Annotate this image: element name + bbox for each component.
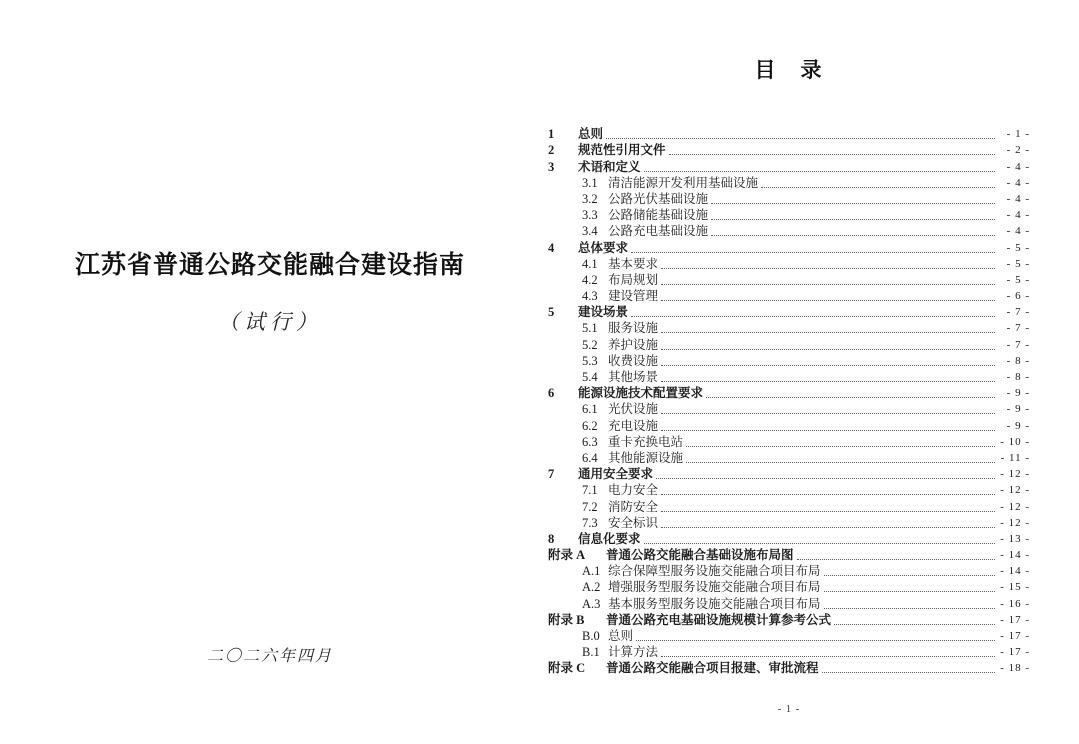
- toc-entry-page: - 16 -: [998, 597, 1030, 612]
- toc-dot-leader: [834, 624, 995, 625]
- toc-entry-page: - 1 -: [998, 127, 1030, 142]
- toc-entry[interactable]: 3.1 清洁能源开发利用基础设施 - 4 -: [548, 175, 1030, 191]
- toc-entry-num: 8: [548, 532, 578, 547]
- toc-entry[interactable]: 7.2 消防安全 - 12 -: [548, 498, 1030, 514]
- toc-entry[interactable]: 3 术语和定义 - 4 -: [548, 158, 1030, 174]
- toc-dot-leader: [661, 300, 995, 301]
- toc-entry[interactable]: 3.4 公路充电基础设施 - 4 -: [548, 223, 1030, 239]
- toc-entry-page: - 11 -: [998, 451, 1030, 466]
- toc-entry[interactable]: 6.1 光伏设施 - 9 -: [548, 401, 1030, 417]
- toc-entry-num: 5.2: [582, 338, 608, 353]
- toc-entry[interactable]: 6.2 充电设施 - 9 -: [548, 417, 1030, 433]
- toc-entry-label: 计算方法: [608, 645, 658, 660]
- toc-entry-label: 其他场景: [608, 370, 658, 385]
- toc-entry[interactable]: 3.3 公路储能基础设施 - 4 -: [548, 207, 1030, 223]
- toc-dot-leader: [761, 187, 995, 188]
- toc-dot-leader: [669, 154, 995, 155]
- toc-entry-num: 5.4: [582, 370, 608, 385]
- toc-entry-num: A.2: [582, 580, 608, 595]
- toc-entry[interactable]: 附录 B 普通公路充电基础设施规模计算参考公式 - 17 -: [548, 612, 1030, 628]
- toc-dot-leader: [711, 219, 995, 220]
- toc-entry-num: 6.3: [582, 435, 608, 450]
- toc-entry-num: 1: [548, 127, 578, 142]
- toc-entry-page: - 7 -: [998, 305, 1030, 320]
- toc-entry[interactable]: A.1 综合保障型服务设施交能融合项目布局 - 14 -: [548, 563, 1030, 579]
- document-subtitle: （试行）: [0, 306, 540, 336]
- toc-entry-num: A.1: [582, 564, 608, 579]
- toc-dot-leader: [631, 252, 995, 253]
- toc-entry[interactable]: 5.2 养护设施 - 7 -: [548, 336, 1030, 352]
- toc-entry-label: 公路充电基础设施: [608, 224, 708, 239]
- toc-entry-page: - 4 -: [998, 176, 1030, 191]
- toc-entry-page: - 12 -: [998, 516, 1030, 531]
- toc-dot-leader: [686, 446, 995, 447]
- toc-entry-page: - 17 -: [998, 613, 1030, 628]
- toc-entry[interactable]: 6.4 其他能源设施 - 11 -: [548, 450, 1030, 466]
- toc-entry[interactable]: B.1 计算方法 - 17 -: [548, 644, 1030, 660]
- toc-content: 目 录 1 总则 - 1 - 2 规范性引用文件 - 2 - 3 术语和定义 -…: [548, 0, 1030, 676]
- toc-entry-page: - 12 -: [998, 483, 1030, 498]
- toc-entry-num: 4.2: [582, 273, 608, 288]
- toc-entry-page: - 4 -: [998, 208, 1030, 223]
- toc-dot-leader: [824, 608, 995, 609]
- toc-entry-label: 总体要求: [578, 241, 628, 256]
- toc-entry-num: 5.3: [582, 354, 608, 369]
- toc-entry-page: - 5 -: [998, 241, 1030, 256]
- toc-dot-leader: [661, 349, 995, 350]
- toc-entry[interactable]: 2 规范性引用文件 - 2 -: [548, 142, 1030, 158]
- toc-entry-label: 重卡充换电站: [608, 435, 683, 450]
- toc-entry-label: 综合保障型服务设施交能融合项目布局: [608, 564, 821, 579]
- toc-entry-num: 7.3: [582, 516, 608, 531]
- toc-dot-leader: [644, 171, 995, 172]
- toc-dot-leader: [797, 559, 995, 560]
- toc-entry-label: 规范性引用文件: [578, 143, 666, 158]
- toc-dot-leader: [706, 397, 995, 398]
- toc-entry-label: 总则: [578, 127, 603, 142]
- toc-dot-leader: [661, 511, 995, 512]
- toc-entry-label: 光伏设施: [608, 402, 658, 417]
- toc-entry-page: - 15 -: [998, 580, 1030, 595]
- toc-entry-num: A.3: [582, 597, 608, 612]
- toc-entry-num: 4: [548, 241, 578, 256]
- toc-dot-leader: [636, 640, 995, 641]
- toc-dot-leader: [686, 462, 995, 463]
- toc-dot-leader: [824, 591, 995, 592]
- toc-page: 目 录 1 总则 - 1 - 2 规范性引用文件 - 2 - 3 术语和定义 -…: [540, 0, 1079, 744]
- toc-entry-page: - 6 -: [998, 289, 1030, 304]
- toc-entry-num: B.1: [582, 645, 608, 660]
- toc-entry[interactable]: 4.2 布局规划 - 5 -: [548, 272, 1030, 288]
- toc-dot-leader: [661, 527, 995, 528]
- toc-entry-num: 4.3: [582, 289, 608, 304]
- toc-entry[interactable]: 4 总体要求 - 5 -: [548, 239, 1030, 255]
- toc-entry-label: 布局规划: [608, 273, 658, 288]
- toc-entry-page: - 2 -: [998, 143, 1030, 158]
- toc-entry-page: - 8 -: [998, 354, 1030, 369]
- toc-entry[interactable]: 4.3 建设管理 - 6 -: [548, 288, 1030, 304]
- toc-dot-leader: [631, 316, 995, 317]
- toc-entry[interactable]: 5.3 收费设施 - 8 -: [548, 353, 1030, 369]
- toc-entry-num: 附录 C: [548, 661, 606, 676]
- toc-entry-label: 基本要求: [608, 257, 658, 272]
- cover-page: 江苏省普通公路交能融合建设指南 （试行） 二〇二六年四月: [0, 0, 540, 744]
- toc-entry-num: 2: [548, 143, 578, 158]
- toc-entry-label: 服务设施: [608, 321, 658, 336]
- toc-entry-label: 建设管理: [608, 289, 658, 304]
- toc-dot-leader: [661, 656, 995, 657]
- toc-entry-page: - 17 -: [998, 645, 1030, 660]
- toc-dot-leader: [711, 203, 995, 204]
- toc-entry[interactable]: 3.2 公路光伏基础设施 - 4 -: [548, 191, 1030, 207]
- toc-entry-page: - 14 -: [998, 564, 1030, 579]
- toc-dot-leader: [661, 413, 995, 414]
- toc-dot-leader: [644, 543, 995, 544]
- toc-entry-label: 安全标识: [608, 516, 658, 531]
- toc-entry-num: 3.4: [582, 224, 608, 239]
- toc-dot-leader: [661, 381, 995, 382]
- toc-entry[interactable]: 7 通用安全要求 - 12 -: [548, 466, 1030, 482]
- toc-entry-page: - 13 -: [998, 532, 1030, 547]
- toc-entry-num: 6.4: [582, 451, 608, 466]
- toc-entry-page: - 5 -: [998, 273, 1030, 288]
- toc-entry-page: - 12 -: [998, 500, 1030, 515]
- toc-entry-num: 6: [548, 386, 578, 401]
- toc-dot-leader: [661, 365, 995, 366]
- toc-dot-leader: [822, 672, 995, 673]
- toc-dot-leader: [661, 332, 995, 333]
- toc-entry-label: 消防安全: [608, 500, 658, 515]
- toc-heading: 目 录: [548, 56, 1030, 84]
- toc-entry-page: - 9 -: [998, 386, 1030, 401]
- toc-entry-num: 4.1: [582, 257, 608, 272]
- toc-entry[interactable]: 7.3 安全标识 - 12 -: [548, 515, 1030, 531]
- toc-entry-label: 公路光伏基础设施: [608, 192, 708, 207]
- toc-dot-leader: [656, 478, 995, 479]
- toc-entry-label: 通用安全要求: [578, 467, 653, 482]
- toc-entry-label: 基本服务型服务设施交能融合项目布局: [608, 597, 821, 612]
- toc-entry-num: B.0: [582, 629, 608, 644]
- toc-entry-num: 7.2: [582, 500, 608, 515]
- toc-entry-num: 5.1: [582, 321, 608, 336]
- page-number-footer: - 1 -: [548, 704, 1030, 715]
- toc-entry-label: 信息化要求: [578, 532, 641, 547]
- toc-entry-page: - 18 -: [998, 661, 1030, 676]
- toc-entry-label: 术语和定义: [578, 160, 641, 175]
- toc-entry-label: 其他能源设施: [608, 451, 683, 466]
- toc-entry[interactable]: 附录 A 普通公路交能融合基础设施布局图 - 14 -: [548, 547, 1030, 563]
- toc-dot-leader: [824, 575, 995, 576]
- toc-entry-num: 5: [548, 305, 578, 320]
- toc-entry-page: - 4 -: [998, 192, 1030, 207]
- toc-entry-num: 3.1: [582, 176, 608, 191]
- toc-entry-page: - 8 -: [998, 370, 1030, 385]
- toc-entry[interactable]: A.3 基本服务型服务设施交能融合项目布局 - 16 -: [548, 595, 1030, 611]
- toc-entry-num: 7: [548, 467, 578, 482]
- document-title: 江苏省普通公路交能融合建设指南: [0, 245, 540, 281]
- toc-entry-label: 清洁能源开发利用基础设施: [608, 176, 758, 191]
- toc-entry-label: 增强服务型服务设施交能融合项目布局: [608, 580, 821, 595]
- toc-entry[interactable]: 5.1 服务设施 - 7 -: [548, 320, 1030, 336]
- toc-dot-leader: [661, 284, 995, 285]
- toc-entry-page: - 9 -: [998, 419, 1030, 434]
- toc-entry-num: 6.2: [582, 419, 608, 434]
- toc-entry-label: 收费设施: [608, 354, 658, 369]
- toc-entry-num: 6.1: [582, 402, 608, 417]
- toc-entry[interactable]: 4.1 基本要求 - 5 -: [548, 256, 1030, 272]
- toc-entry-page: - 17 -: [998, 629, 1030, 644]
- toc-entry[interactable]: 附录 C 普通公路交能融合项目报建、审批流程 - 18 -: [548, 660, 1030, 676]
- toc-entry-page: - 14 -: [998, 548, 1030, 563]
- document-date: 二〇二六年四月: [0, 643, 540, 666]
- toc-entry-num: 3.3: [582, 208, 608, 223]
- toc-entry[interactable]: A.2 增强服务型服务设施交能融合项目布局 - 15 -: [548, 579, 1030, 595]
- toc-entry-label: 普通公路交能融合项目报建、审批流程: [606, 661, 819, 676]
- toc-entry-label: 总则: [608, 629, 633, 644]
- toc-entry-page: - 4 -: [998, 224, 1030, 239]
- toc-entry[interactable]: 1 总则 - 1 -: [548, 126, 1030, 142]
- toc-entry-page: - 7 -: [998, 321, 1030, 336]
- toc-list: 1 总则 - 1 - 2 规范性引用文件 - 2 - 3 术语和定义 - 4 -…: [548, 126, 1030, 676]
- toc-dot-leader: [661, 268, 995, 269]
- toc-entry-page: - 4 -: [998, 160, 1030, 175]
- toc-entry-num: 3: [548, 160, 578, 175]
- toc-entry-label: 普通公路交能融合基础设施布局图: [606, 548, 794, 563]
- toc-dot-leader: [711, 235, 995, 236]
- toc-dot-leader: [661, 430, 995, 431]
- toc-entry-label: 能源设施技术配置要求: [578, 386, 703, 401]
- toc-entry-num: 附录 A: [548, 548, 606, 563]
- toc-entry-label: 建设场景: [578, 305, 628, 320]
- toc-entry-page: - 12 -: [998, 467, 1030, 482]
- toc-entry[interactable]: 8 信息化要求 - 13 -: [548, 531, 1030, 547]
- toc-entry[interactable]: 6 能源设施技术配置要求 - 9 -: [548, 385, 1030, 401]
- toc-entry[interactable]: 6.3 重卡充换电站 - 10 -: [548, 434, 1030, 450]
- toc-dot-leader: [661, 494, 995, 495]
- toc-entry[interactable]: B.0 总则 - 17 -: [548, 628, 1030, 644]
- toc-entry-num: 7.1: [582, 483, 608, 498]
- toc-entry[interactable]: 5 建设场景 - 7 -: [548, 304, 1030, 320]
- toc-entry-label: 普通公路充电基础设施规模计算参考公式: [606, 613, 831, 628]
- toc-entry-page: - 9 -: [998, 402, 1030, 417]
- toc-entry-label: 充电设施: [608, 419, 658, 434]
- toc-entry-label: 电力安全: [608, 483, 658, 498]
- toc-entry-num: 附录 B: [548, 613, 606, 628]
- toc-entry[interactable]: 7.1 电力安全 - 12 -: [548, 482, 1030, 498]
- toc-entry-label: 公路储能基础设施: [608, 208, 708, 223]
- toc-entry-page: - 10 -: [998, 435, 1030, 450]
- document-spread: 江苏省普通公路交能融合建设指南 （试行） 二〇二六年四月 目 录 1 总则 - …: [0, 0, 1079, 744]
- toc-entry[interactable]: 5.4 其他场景 - 8 -: [548, 369, 1030, 385]
- toc-entry-num: 3.2: [582, 192, 608, 207]
- toc-entry-label: 养护设施: [608, 338, 658, 353]
- toc-dot-leader: [606, 138, 995, 139]
- toc-entry-page: - 5 -: [998, 257, 1030, 272]
- toc-entry-page: - 7 -: [998, 338, 1030, 353]
